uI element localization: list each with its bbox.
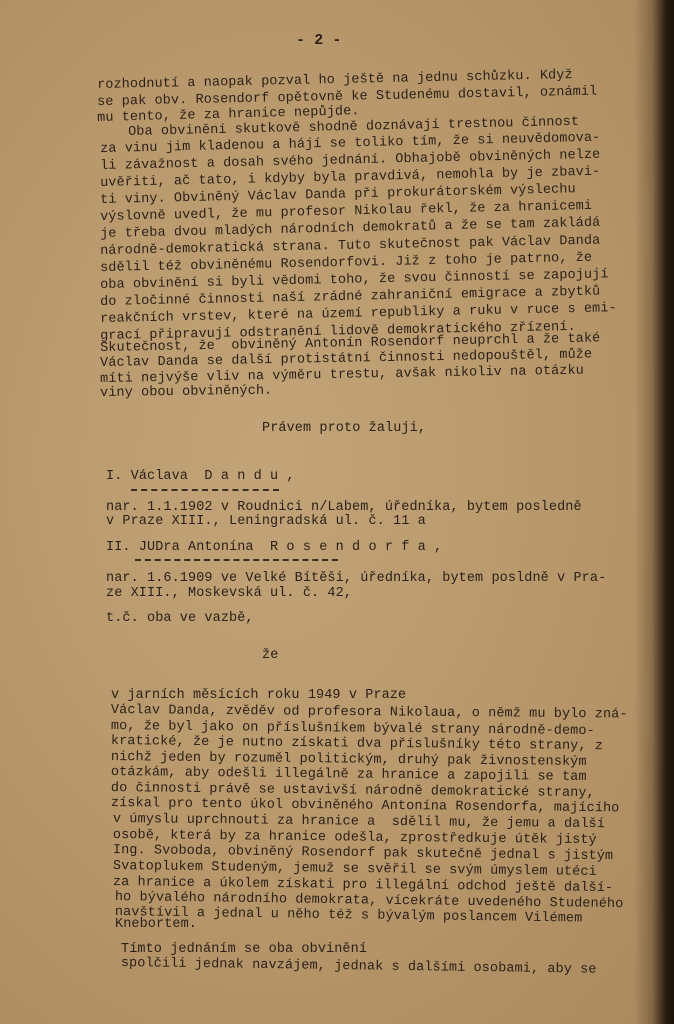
indictment-heading: Právem proto žaluji, <box>262 421 426 436</box>
document-page: - 2 - rozhodnutí a naopak pozval ho ješt… <box>0 0 674 1024</box>
page-edge-shadow <box>634 0 674 1024</box>
defendant-2-name: II. JUDra Antonína R o s e n d o r f a , <box>106 540 442 555</box>
custody-status: t.č. oba ve vazbě, <box>106 611 254 626</box>
paragraph-4-line-2: spolčili jednak navzájem, jednak s další… <box>121 956 597 978</box>
paragraph-2-line-17: viny obou obviněných. <box>100 384 272 401</box>
paragraph-3-line-16: Knebortem. <box>115 917 197 932</box>
defendant-1-underline <box>131 489 279 491</box>
defendant-2-details-line-2: ze XIII., Moskevská ul. č. 42, <box>106 586 352 601</box>
paragraph-4-line-1: Tímto jednáním se oba obvinění <box>121 942 367 957</box>
defendant-1-details-line-1: nar. 1.1.1902 v Roudnici n/Labem, úřední… <box>106 500 582 515</box>
defendant-2-details-line-1: nar. 1.6.1909 ve Velké Bítěši, úředníka,… <box>106 571 606 586</box>
that-conjunction: že <box>262 648 278 663</box>
defendant-1-details-line-2: v Praze XIII., Leningradská ul. č. 11 a <box>106 514 426 529</box>
page-number: - 2 - <box>296 33 342 48</box>
paragraph-3-line-1: v jarních měsících roku 1949 v Praze <box>111 688 406 703</box>
defendant-1-name: I. Václava D a n d u , <box>106 469 295 484</box>
defendant-2-underline <box>135 559 338 561</box>
